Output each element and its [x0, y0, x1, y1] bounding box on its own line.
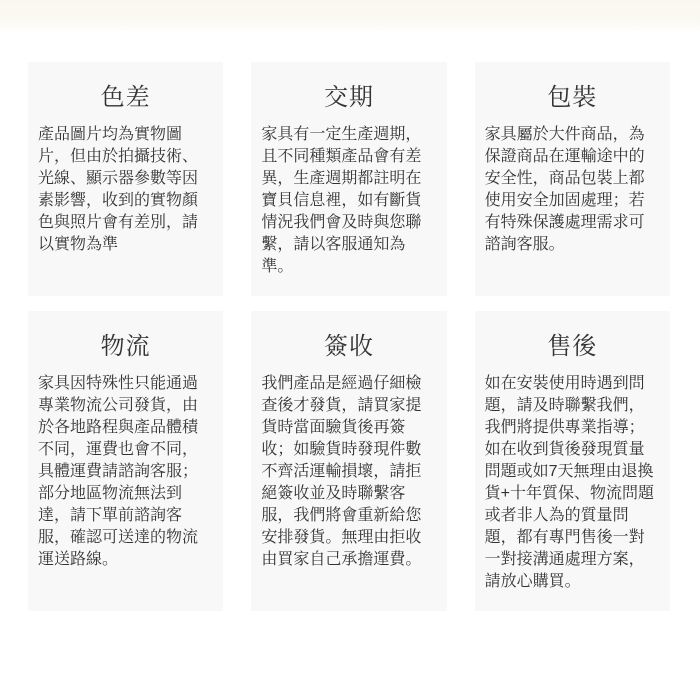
card-title: 簽收	[261, 332, 436, 362]
product-notice-grid: 色差 產品圖片均為實物圖片，但由於拍攝技術、光線、顯示器參數等因素影響，收到的實…	[28, 62, 670, 611]
card-sign-receipt: 簽收 我們產品是經過仔細檢查後才發貨，請買家提貨時當面驗貨後再簽收；如驗貨時發現…	[251, 311, 446, 611]
card-title: 包裝	[485, 83, 660, 113]
card-title: 物流	[38, 332, 213, 362]
card-body: 我們產品是經過仔細檢查後才發貨，請買家提貨時當面驗貨後再簽收；如驗貨時發現件數不…	[261, 373, 436, 571]
card-color-difference: 色差 產品圖片均為實物圖片，但由於拍攝技術、光線、顯示器參數等因素影響，收到的實…	[28, 62, 223, 296]
card-body: 家具因特殊性只能通過專業物流公司發貨，由於各地路程與產品體積不同，運費也會不同，…	[38, 373, 213, 571]
card-title: 售後	[485, 332, 660, 362]
card-body: 家具有一定生產週期，且不同種類產品會有差異，生產週期都註明在寶貝信息裡，如有斷貨…	[261, 124, 436, 278]
card-delivery-time: 交期 家具有一定生產週期，且不同種類產品會有差異，生產週期都註明在寶貝信息裡，如…	[251, 62, 446, 296]
card-packaging: 包裝 家具屬於大件商品，為保證商品在運輸途中的安全性，商品包裝上都使用安全加固處…	[475, 62, 670, 296]
card-after-sales: 售後 如在安裝使用時遇到問題，請及時聯繫我們，我們將提供專業指導；如在收到貨後發…	[475, 311, 670, 611]
card-title: 色差	[38, 83, 213, 113]
previous-section-band	[0, 0, 700, 30]
card-logistics: 物流 家具因特殊性只能通過專業物流公司發貨，由於各地路程與產品體積不同，運費也會…	[28, 311, 223, 611]
card-title: 交期	[261, 83, 436, 113]
card-body: 家具屬於大件商品，為保證商品在運輸途中的安全性，商品包裝上都使用安全加固處理；若…	[485, 124, 660, 256]
card-body: 如在安裝使用時遇到問題，請及時聯繫我們，我們將提供專業指導；如在收到貨後發現質量…	[485, 373, 660, 593]
card-body: 產品圖片均為實物圖片，但由於拍攝技術、光線、顯示器參數等因素影響，收到的實物顏色…	[38, 124, 213, 256]
